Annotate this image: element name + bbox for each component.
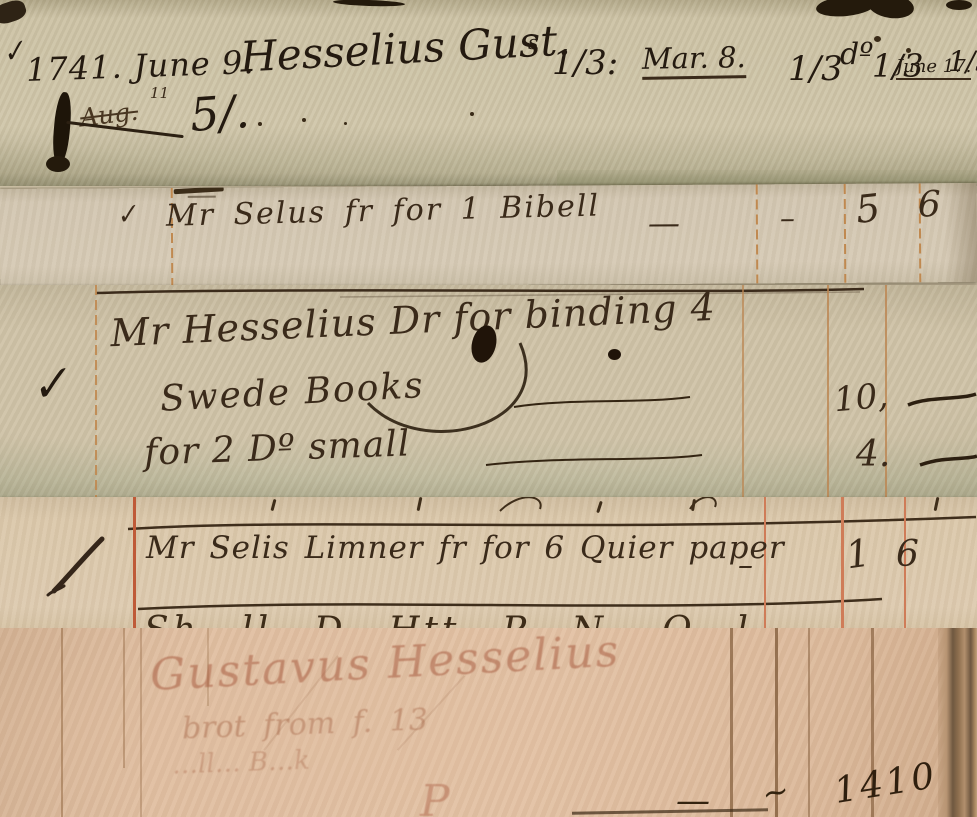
ink-smudge xyxy=(0,0,28,26)
shillings-value: 1 xyxy=(843,534,872,575)
check-icon: ✓ xyxy=(113,200,140,230)
filler-dash: – xyxy=(780,204,795,234)
amount-value: 4. xyxy=(856,437,890,473)
ink-speck xyxy=(470,112,474,116)
ledger-rule xyxy=(95,285,97,497)
entry-line-3: for 2 Dº small xyxy=(143,426,410,471)
entry-date: 1741. June 9. xyxy=(26,46,255,86)
fragment-gustavus-account: Gustavus Hesselius brot from f. 13 …ll… … xyxy=(0,628,977,817)
amount: 1/3 xyxy=(788,52,843,86)
ink-smudge xyxy=(333,0,405,7)
ink-speck xyxy=(302,118,306,122)
account-title: Gustavus Hesselius xyxy=(149,630,621,699)
fragment-selis-limner: Mr Selis Limner fr for 6 Quier paper – 1… xyxy=(0,497,977,628)
cut-off-text: Sh ll D Htt P N. Q l xyxy=(144,613,752,628)
entry-text: Mr Selis Limner fr for 6 Quier paper xyxy=(146,533,785,564)
amount-value: 10, xyxy=(833,379,890,418)
fragment-1741-memo: ✓ 1741. June 9. Hesselius Gust. s 1/3: M… xyxy=(0,0,977,186)
ink-smudge xyxy=(946,0,972,10)
cut-off-text-row: Sh ll D Htt P N. Q l xyxy=(140,611,900,628)
ditto-mark: dº xyxy=(840,40,873,70)
ink-squiggle: ~ xyxy=(759,774,792,811)
amount: 1/3: xyxy=(552,46,618,80)
ruled-line-partial xyxy=(572,808,768,814)
book-gutter-shadow xyxy=(938,628,977,817)
entry-text: Mr Selus fr for 1 Bibell xyxy=(166,192,601,232)
ink-speck xyxy=(344,122,347,125)
shillings-value: 5 xyxy=(854,188,882,228)
ink-blot xyxy=(51,91,73,164)
ink-blot xyxy=(46,156,70,172)
filler-dash: – xyxy=(738,551,753,581)
ledger-rule xyxy=(841,497,844,628)
filler-dash: — xyxy=(648,207,680,239)
faded-line: brot from f. 13 xyxy=(182,706,429,745)
manuscript-collage: ✓ 1741. June 9. Hesselius Gust. s 1/3: M… xyxy=(0,0,977,817)
entry-date-underlined: Mar. 8. xyxy=(642,43,746,80)
ink-smudge xyxy=(867,0,916,21)
ledger-rule xyxy=(844,184,847,283)
ink-blot xyxy=(608,349,621,360)
amount-value: 1410 xyxy=(832,758,940,810)
ledger-rule xyxy=(827,285,829,497)
ledger-rule xyxy=(133,497,136,628)
ledger-rule xyxy=(756,184,759,283)
pence-value: 6 xyxy=(896,537,919,573)
ink-mark xyxy=(174,186,224,194)
ledger-rule xyxy=(730,628,733,817)
pence-value: 6 xyxy=(918,187,941,223)
struck-superscript: 11 xyxy=(150,86,169,101)
fragment-selus-bibell: ✓ Mr Selus fr for 1 Bibell — – 5 6 xyxy=(0,183,977,288)
fragment-hesselius-binding: ✓ Mr Hesselius Dr for binding 4 Swede Bo… xyxy=(0,285,977,497)
faded-partial-letter: P xyxy=(420,780,450,817)
ink-speck xyxy=(258,122,262,126)
ledger-rule xyxy=(61,628,63,817)
ledger-rule xyxy=(140,628,142,817)
paper-fold-shadow xyxy=(945,183,977,282)
amount: 1/3 xyxy=(948,48,977,76)
faded-line: …ll… B…k xyxy=(172,748,311,779)
debtor-name: Hesselius Gust. xyxy=(239,19,571,78)
ledger-rule xyxy=(742,285,744,497)
ink-speck xyxy=(874,36,881,42)
ledger-rule xyxy=(123,628,125,768)
ledger-rule xyxy=(808,628,810,817)
debtor-superscript: s xyxy=(528,32,538,52)
check-icon: ✓ xyxy=(26,358,72,410)
total-amount: 5/. xyxy=(188,88,250,138)
